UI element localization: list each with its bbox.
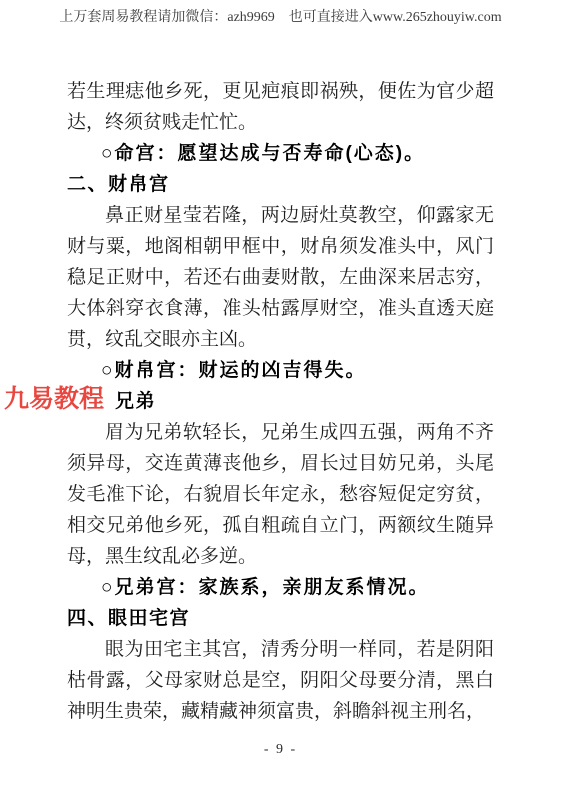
heading-caibo-gong: 二、财帛宫 [67,169,494,200]
page-number: - 9 - [0,742,561,758]
summary-ming-gong: ○命宫：愿望达成与否寿命(心态)。 [67,138,494,169]
paragraph-caibo: 鼻正财星莹若隆，两边厨灶莫教空，仰露家无财与粟，地阁相朝甲框中，财帛须发准头中，… [67,200,494,355]
heading-tianzhai-gong: 四、眼田宅宫 [67,603,494,634]
paragraph-xiongdi: 眉为兄弟软轻长，兄弟生成四五强，两角不齐须异母，交连黄薄丧他乡，眉长过目妨兄弟，… [67,417,494,572]
watermark-jiuyi-jiaocheng: 九易教程 [4,385,104,413]
summary-xiongdi-gong: ○兄弟宫：家族系，亲朋友系情况。 [67,572,494,603]
paragraph-ming-continuation: 若生理痣他乡死，更见疤痕即祸殃，便佐为官少超达，终须贫贱走忙忙。 [67,76,494,138]
header-notice: 上万套周易教程请加微信：azh9969 也可直接进入www.265zhouyiw… [0,6,561,26]
document-body: 若生理痣他乡死，更见疤痕即祸殃，便佐为官少超达，终须贫贱走忙忙。 ○命宫：愿望达… [67,76,494,727]
summary-caibo-gong: ○财帛宫：财运的凶吉得失。 [67,355,494,386]
document-page: { "header": { "notice": "上万套周易教程请加微信：azh… [0,0,561,794]
paragraph-tianzhai: 眼为田宅主其宫，清秀分明一样同，若是阴阳枯骨露，父母家财总是空，阴阳父母要分清，… [67,634,494,727]
heading-xiongdi: 兄弟 [67,386,494,417]
